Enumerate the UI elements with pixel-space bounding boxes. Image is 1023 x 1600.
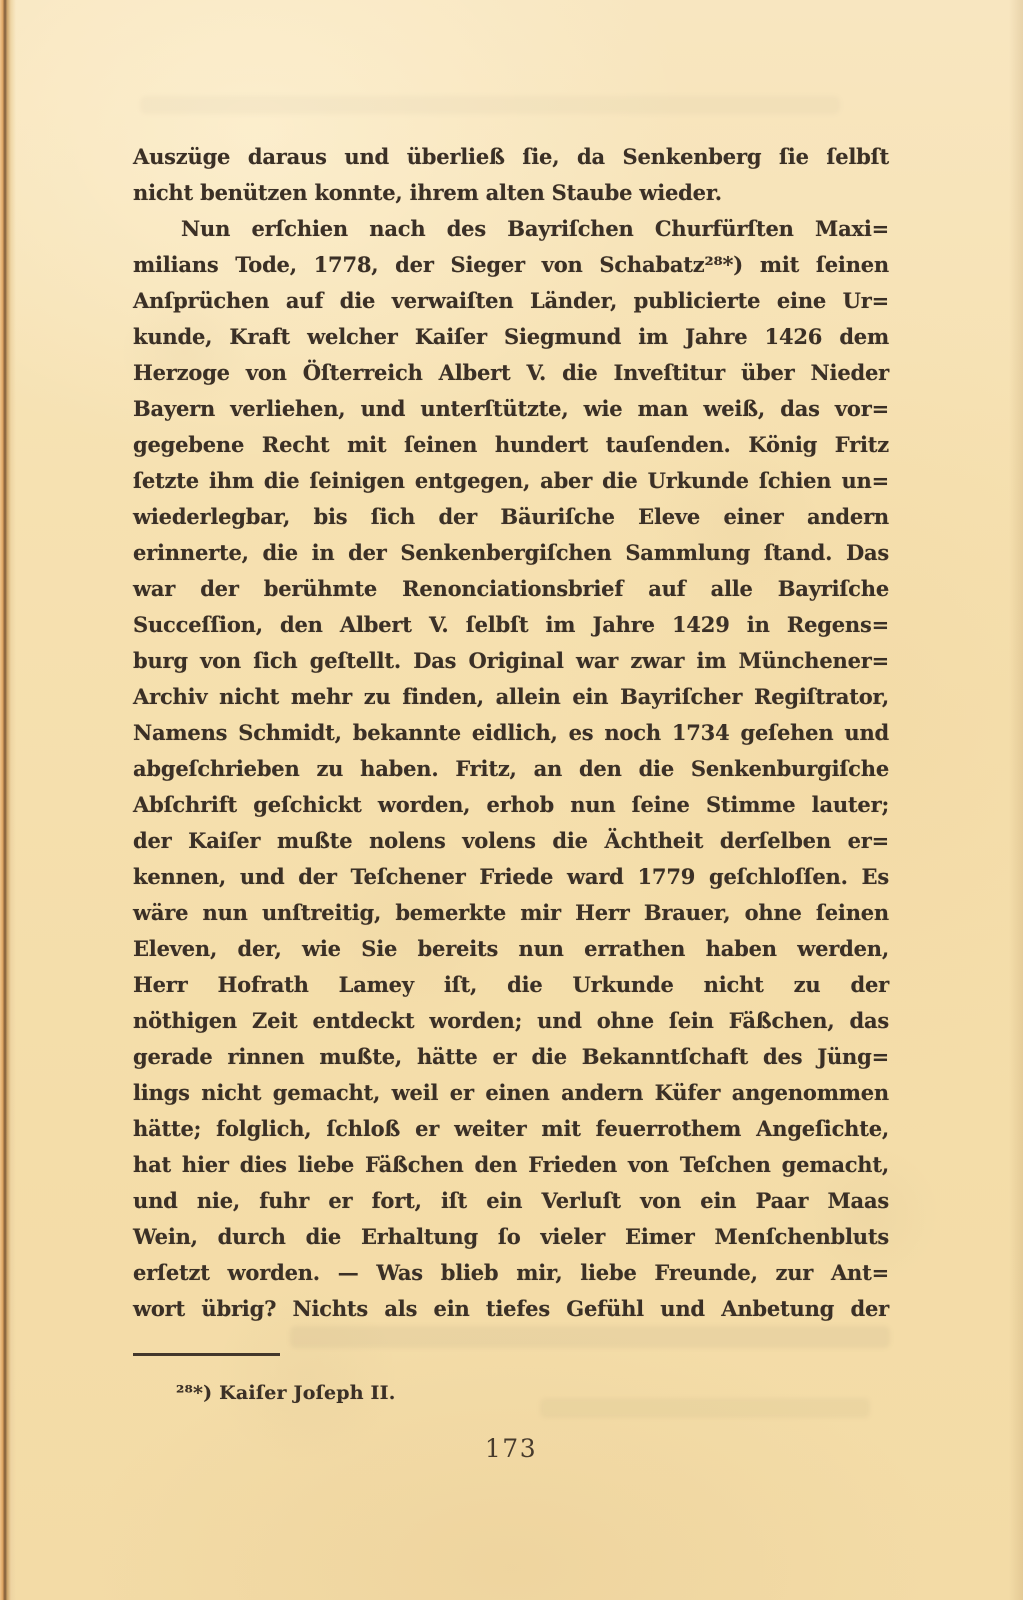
text-line: burg von ſich geſtellt. Das Original war… [133,643,889,679]
text-line: Herr Hofrath Lamey iſt, die Urkunde nich… [133,967,889,1003]
page-edge-shadow [1009,0,1023,1600]
text-line: gegebene Recht mit ſeinen hundert tauſen… [133,427,889,463]
ink-bleedthrough-decoration [540,1398,870,1418]
text-line: erſetzt worden. — Was blieb mir, liebe F… [133,1255,889,1291]
text-line: kunde, Kraft welcher Kaiſer Siegmund im … [133,319,889,355]
text-line: wäre nun unſtreitig, bemerkte mir Herr B… [133,895,889,931]
footnote: ²⁸*) Kaiſer Joſeph II. [176,1382,396,1404]
text-line: ſetzte ihm die ſeinigen entgegen, aber d… [133,463,889,499]
text-line: Auszüge daraus und überließ ſie, da Senk… [133,139,889,175]
text-line: Bayern verliehen, und unterſtützte, wie … [133,391,889,427]
ink-bleedthrough-decoration [140,96,840,114]
text-line: Archiv nicht mehr zu finden, allein ein … [133,679,889,715]
text-line: Wein, durch die Erhaltung ſo vieler Eime… [133,1219,889,1255]
text-line: der Kaiſer mußte nolens volens die Ächth… [133,823,889,859]
text-line: war der berühmte Renonciationsbrief auf … [133,571,889,607]
text-line: Nun erſchien nach des Bayriſchen Churfür… [133,211,889,247]
text-line: Namens Schmidt, bekannte eidlich, es noc… [133,715,889,751]
text-line: milians Tode, 1778, der Sieger von Schab… [133,247,889,283]
text-line: und nie, fuhr er fort, iſt ein Verluſt v… [133,1183,889,1219]
text-line: wiederlegbar, bis ſich der Bäuriſche Ele… [133,499,889,535]
text-line: kennen, und der Teſchener Friede ward 17… [133,859,889,895]
footnote-separator-rule [133,1353,280,1356]
scanned-book-page: Auszüge daraus und überließ ſie, da Senk… [0,0,1023,1600]
text-line: nöthigen Zeit entdeckt worden; und ohne … [133,1003,889,1039]
ink-bleedthrough-decoration [290,1326,890,1348]
text-line: Herzoge von Öſterreich Albert V. die Inv… [133,355,889,391]
book-spine-edge [0,0,16,1600]
page-number: 173 [133,1434,889,1463]
text-line: Eleven, der, wie Sie bereits nun errathe… [133,931,889,967]
text-line: Anſprüchen auf die verwaiſten Länder, pu… [133,283,889,319]
text-line: lings nicht gemacht, weil er einen ander… [133,1075,889,1111]
text-line: wort übrig? Nichts als ein tiefes Gefühl… [133,1291,889,1327]
text-line: nicht benützen konnte, ihrem alten Staub… [133,175,889,211]
text-line: Succeſſion, den Albert V. ſelbſt im Jahr… [133,607,889,643]
text-line: gerade rinnen mußte, hätte er die Bekann… [133,1039,889,1075]
text-line: erinnerte, die in der Senkenbergiſchen S… [133,535,889,571]
text-block: Auszüge daraus und überließ ſie, da Senk… [133,139,889,1327]
text-line: hat hier dies liebe Fäßchen den Frieden … [133,1147,889,1183]
text-line: Abſchrift geſchickt worden, erhob nun ſe… [133,787,889,823]
text-line: abgeſchrieben zu haben. Fritz, an den di… [133,751,889,787]
text-line: hätte; folglich, ſchloß er weiter mit fe… [133,1111,889,1147]
